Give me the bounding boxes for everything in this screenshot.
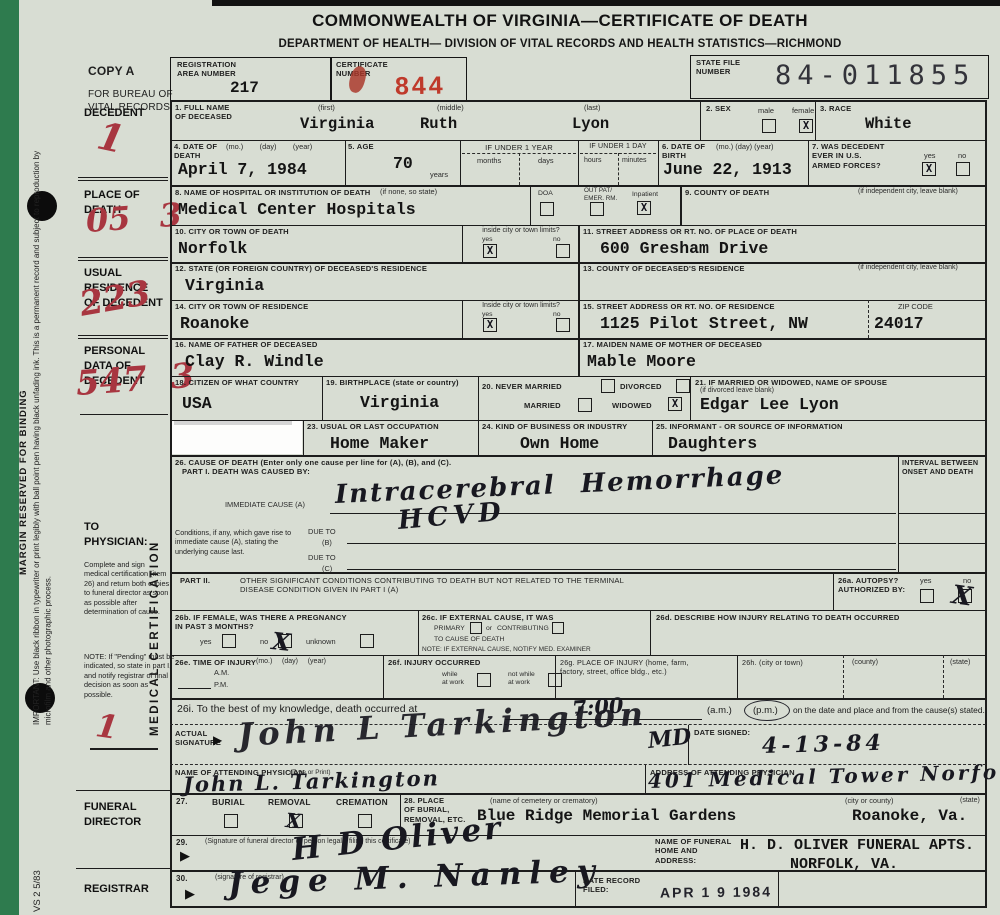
divider	[462, 225, 463, 262]
field-14-label: 14. CITY OR TOWN OF RESIDENCE	[175, 302, 308, 311]
divider	[808, 140, 809, 185]
field-4-date-of-death: April 7, 1984	[178, 162, 307, 179]
field-26e-caps: (mo.) (day) (year)	[256, 658, 326, 666]
field-26g-label: 26g. PLACE OF INJURY (home, farm, factor…	[560, 658, 689, 676]
divorced-caption: DIVORCED	[620, 382, 662, 391]
field-9-label: 9. COUNTY OF DEATH	[685, 188, 769, 197]
or-caption: or	[486, 625, 492, 633]
margin-important-text: IMPORTANT: Use black ribbon in typewrite…	[31, 140, 57, 725]
divider	[383, 655, 384, 698]
divider	[322, 376, 323, 420]
pregnancy-unknown-caption: unknown	[306, 638, 336, 647]
scan-top-edge	[212, 0, 1000, 6]
form-border	[170, 906, 986, 908]
field-19-birthplace-value: Virginia	[360, 395, 439, 412]
under-1-day-minutes: minutes	[622, 157, 647, 165]
field-17-label: 17. MAIDEN NAME OF MOTHER OF DECEASED	[583, 340, 762, 349]
divider-dashed	[843, 655, 844, 698]
arrow-icon: ▶	[213, 733, 222, 747]
rule	[170, 376, 986, 377]
copy-label: COPY A	[88, 64, 135, 79]
write-line	[347, 569, 896, 570]
doa-caption: DOA	[538, 190, 553, 198]
rule	[898, 513, 986, 514]
to-cause-caption: TO CAUSE OF DEATH	[434, 636, 504, 644]
date-signed-handwriting: 4-13-84	[762, 730, 885, 759]
pregnancy-yes-checkbox	[222, 634, 236, 648]
field-26c-label: 26c. IF EXTERNAL CAUSE, IT WAS	[422, 613, 554, 622]
divider	[690, 376, 691, 420]
burial-caption: BURIAL	[212, 797, 245, 808]
divider-dashed	[868, 300, 869, 338]
field-4-label: 4. DATE OF DEATH	[174, 142, 217, 161]
arrow-icon: ▶	[185, 886, 195, 902]
due-to-b-caption: (B)	[322, 539, 332, 548]
field-26a-label: 26a. AUTOPSY? AUTHORIZED BY:	[838, 576, 905, 595]
residence-limits-no-checkbox	[556, 318, 570, 332]
rule	[76, 790, 170, 791]
sex-female-checkbox: X	[799, 119, 813, 133]
arrow-icon: ▶	[180, 848, 190, 864]
field-6-caps: (mo.) (day) (year)	[716, 143, 774, 152]
field-13-label: 13. COUNTY OF DECEASED'S RESIDENCE	[583, 264, 745, 273]
never-married-checkbox	[601, 379, 615, 393]
field-23-occupation-value: Home Maker	[330, 436, 429, 453]
funeral-home-city-value: NORFOLK, VA.	[790, 857, 898, 872]
burial-checkbox	[224, 814, 238, 828]
armed-forces-yes-checkbox: X	[922, 162, 936, 176]
field-8-label: 8. NAME OF HOSPITAL OR INSTITUTION OF DE…	[175, 188, 371, 197]
field-1-cap-first: (first)	[318, 104, 335, 113]
part-1-label: PART I. DEATH WAS CAUSED BY:	[182, 467, 310, 476]
cemetery-caption: (name of cemetery or crematory)	[490, 797, 598, 806]
rule	[78, 335, 168, 336]
primary-caption: PRIMARY	[434, 625, 465, 633]
sidebar-physician-instructions: Complete and sign medical certification …	[84, 560, 170, 617]
field-23-label: 23. USUAL OR LAST OCCUPATION	[307, 422, 439, 431]
sidebar-pending-note: NOTE: If "Pending" must be indicated, so…	[84, 652, 176, 699]
pregnancy-no-handwritten-x: X	[270, 626, 292, 657]
married-caption: MARRIED	[524, 401, 561, 410]
field-1-label: 1. FULL NAME OF DECEASED	[175, 103, 232, 122]
divorced-checkbox	[676, 379, 690, 393]
certificate-number-value: 844	[395, 72, 446, 102]
autopsy-yes-checkbox	[920, 589, 934, 603]
removal-handwritten-x: X	[285, 808, 303, 833]
field-26b-label: 26b. IF FEMALE, WAS THERE A PREGNANCY IN…	[175, 613, 347, 632]
death-certificate-scan: MARGIN RESERVED FOR BINDING IMPORTANT: U…	[0, 0, 1000, 915]
divider	[578, 300, 580, 338]
primary-checkbox	[470, 622, 482, 634]
divider-dashed	[618, 153, 619, 185]
death-limits-yes-checkbox: X	[483, 244, 497, 258]
checkmark: X	[484, 319, 496, 331]
rule	[170, 455, 986, 457]
field-7-label: 7. WAS DECEDENT EVER IN U.S. ARMED FORCE…	[812, 142, 885, 170]
divider	[700, 100, 701, 140]
field-10-label: 10. CITY OR TOWN OF DEATH	[175, 227, 289, 236]
date-filed-stamp: APR 1 9 1984	[660, 883, 772, 900]
contributing-checkbox	[552, 622, 564, 634]
obscured-label-remnant	[174, 421, 292, 425]
field-17-mother-value: Mable Moore	[587, 354, 696, 371]
field-5-age-value: 70	[393, 156, 413, 173]
divider	[578, 140, 579, 185]
rule	[170, 185, 986, 187]
cremation-caption: CREMATION	[336, 797, 388, 808]
divider	[650, 610, 651, 655]
checkmark: X	[669, 398, 681, 410]
divider	[345, 140, 346, 185]
form-border	[985, 100, 987, 908]
pregnancy-yes-caption: yes	[200, 638, 212, 647]
part-2-text: OTHER SIGNIFICANT CONDITIONS CONTRIBUTIN…	[240, 576, 624, 595]
field-14-limits-caption: Inside city or town limits?	[466, 302, 576, 310]
form-code: VS 2 5/83	[32, 850, 45, 912]
field-29-number: 29.	[176, 838, 188, 848]
interval-label: INTERVAL BETWEEN ONSET AND DEATH	[902, 458, 978, 476]
outpatient-caption: OUT PAT/ EMER. RM.	[584, 187, 617, 202]
write-line	[178, 688, 211, 689]
field-20-label: 20. NEVER MARRIED	[482, 382, 562, 391]
divider	[418, 610, 419, 655]
zip-value: 24017	[874, 316, 924, 333]
field-4-caps: (mo.) (day) (year)	[226, 143, 312, 152]
field-30-number: 30.	[176, 874, 188, 884]
rule	[76, 868, 170, 869]
field-8-hint: (if none, so state)	[380, 188, 437, 197]
zip-label: ZIP CODE	[898, 303, 933, 312]
field-5-label: 5. AGE	[348, 142, 374, 151]
residence-limits-yes-checkbox: X	[483, 318, 497, 332]
field-7-yes-caption: yes	[924, 152, 936, 161]
conditions-note: Conditions, if any, which gave rise to i…	[175, 528, 313, 556]
field-26d-label: 26d. DESCRIBE HOW INJURY RELATING TO DEA…	[656, 613, 900, 622]
field-1-cap-middle: (middle)	[437, 104, 464, 113]
state-file-number-value: 84-011855	[775, 60, 975, 91]
field-8-hospital-value: Medical Center Hospitals	[178, 202, 416, 219]
limits-yes-caption: yes	[482, 236, 493, 244]
date-signed-label: DATE SIGNED:	[694, 728, 750, 737]
removal-caption: REMOVAL	[268, 797, 311, 808]
divider	[652, 420, 653, 455]
funeral-home-label: NAME OF FUNERAL HOME AND ADDRESS:	[655, 837, 731, 865]
pregnancy-unknown-checkbox	[360, 634, 374, 648]
am-paren-caption: (a.m.)	[707, 705, 732, 716]
part-2-number: PART II.	[180, 576, 210, 585]
divider-dashed	[519, 153, 520, 185]
registrar-signature: Jege M. Nanley	[227, 853, 603, 902]
autopsy-yes-caption: yes	[920, 577, 932, 586]
form-border	[170, 100, 172, 908]
pm-paren-caption: (p.m.)	[753, 705, 778, 716]
rule	[78, 257, 168, 258]
funeral-home-name-value: H. D. OLIVER FUNERAL APTS.	[740, 838, 974, 853]
rule	[170, 655, 986, 656]
divider	[578, 262, 580, 300]
under-1-year-label: IF UNDER 1 YEAR	[462, 143, 576, 152]
field-6-date-of-birth: June 22, 1913	[663, 162, 792, 179]
field-12-label: 12. STATE (OR FOREIGN COUNTRY) OF DECEAS…	[175, 264, 427, 273]
field-25-label: 25. INFORMANT - OR SOURCE OF INFORMATION	[656, 422, 843, 431]
field-26h-label: 26h. (city or town)	[742, 658, 803, 667]
redaction-whiteout	[172, 421, 302, 454]
county-caption: (county)	[852, 658, 878, 667]
date-record-filed-label: DATE RECORD FILED:	[583, 876, 640, 895]
checkmark: X	[484, 245, 496, 257]
field-1-first-name: Virginia	[300, 117, 374, 133]
field-14-city-value: Roanoke	[180, 316, 249, 333]
divider	[478, 420, 479, 455]
divider	[530, 185, 531, 225]
under-1-day-hours: hours	[584, 157, 602, 165]
burial-state-caption: (state)	[960, 797, 980, 805]
field-18-citizen-value: USA	[182, 396, 212, 413]
field-10-limits-caption: inside city or town limits?	[466, 227, 576, 235]
rule	[170, 610, 986, 611]
field-24-business-value: Own Home	[520, 436, 599, 453]
field-7-no-caption: no	[958, 152, 966, 161]
form-border	[170, 100, 986, 102]
rule	[898, 543, 986, 544]
field-12-state-value: Virginia	[185, 278, 264, 295]
divider	[578, 225, 580, 262]
widowed-caption: WIDOWED	[612, 401, 652, 410]
rule	[78, 338, 168, 339]
under-1-year-months: months	[477, 157, 501, 166]
divider	[462, 300, 463, 338]
rule	[80, 414, 168, 415]
field-1-last-name: Lyon	[572, 117, 609, 133]
field-15-street-value: 1125 Pilot Street, NW	[600, 316, 808, 333]
field-2-male-caption: male	[758, 107, 774, 116]
under-1-year-days: days	[538, 157, 554, 166]
checkmark: X	[800, 120, 812, 132]
sidebar-to-physician: TO PHYSICIAN:	[84, 520, 148, 550]
field-2-label: 2. SEX	[706, 104, 731, 113]
outpatient-checkbox	[590, 202, 604, 216]
divider	[815, 100, 816, 140]
limits-no-caption: no	[553, 236, 561, 244]
field-11-label: 11. STREET ADDRESS OR RT. NO. OF PLACE O…	[583, 227, 797, 236]
rule	[78, 180, 168, 181]
write-line	[347, 543, 896, 544]
pregnancy-no-caption: no	[260, 638, 268, 647]
married-checkbox	[578, 398, 592, 412]
death-limits-no-checkbox	[556, 244, 570, 258]
field-1-middle-name: Ruth	[420, 117, 457, 133]
divider	[303, 420, 304, 455]
inpatient-checkbox: X	[637, 201, 651, 215]
green-binding-strip	[0, 0, 19, 915]
divider	[645, 765, 646, 793]
divider	[578, 338, 580, 376]
checkmark: X	[923, 163, 935, 175]
rule	[170, 572, 986, 574]
autopsy-no-handwritten-x: X	[950, 580, 974, 613]
sex-male-checkbox	[762, 119, 776, 133]
field-26i-post-text: on the date and place and from the cause…	[793, 705, 985, 715]
certificate-subtitle: DEPARTMENT OF HEALTH— DIVISION OF VITAL …	[130, 38, 990, 50]
field-2-female-caption: female	[792, 107, 814, 116]
sidebar-code-place: 05 3	[85, 195, 183, 240]
am-caption: A.M.	[214, 669, 229, 678]
field-24-label: 24. KIND OF BUSINESS OR INDUSTRY	[482, 422, 627, 431]
certificate-title: COMMONWEALTH OF VIRGINIA—CERTIFICATE OF …	[130, 11, 990, 31]
divider	[478, 376, 479, 420]
rule-dashed	[580, 153, 656, 154]
rule-dashed	[462, 153, 576, 154]
cemetery-value: Blue Ridge Memorial Gardens	[477, 808, 736, 824]
registration-area-number-value: 217	[230, 80, 259, 96]
while-at-work-checkbox	[477, 673, 491, 687]
field-27-number: 27.	[176, 797, 188, 807]
divider	[833, 572, 834, 610]
divider-dashed	[943, 655, 944, 698]
field-11-street-value: 600 Gresham Drive	[600, 241, 768, 258]
field-1-cap-last: (last)	[584, 104, 600, 113]
field-3-label: 3. RACE	[820, 104, 851, 113]
divider	[680, 185, 682, 225]
rule	[78, 260, 168, 261]
city-county-caption: (city or county)	[845, 797, 893, 806]
margin-binding-text: MARGIN RESERVED FOR BINDING	[18, 155, 32, 575]
cause-a-handwriting: Intracerebral Hemorrhage	[334, 460, 785, 510]
due-to-caption: DUE TO	[308, 554, 336, 563]
field-21-spouse-value: Edgar Lee Lyon	[700, 397, 839, 414]
state-caption: (state)	[950, 658, 970, 667]
field-13-hint: (if independent city, leave blank)	[858, 264, 958, 272]
field-19-label: 19. BIRTHPLACE (state or country)	[326, 378, 459, 387]
divider	[460, 140, 461, 185]
field-3-race-value: White	[865, 117, 912, 133]
immediate-cause-caption: IMMEDIATE CAUSE (A)	[225, 501, 305, 510]
sidebar-code-physician: 1	[93, 706, 120, 747]
rule	[78, 177, 168, 178]
registration-area-number-label: REGISTRATION AREA NUMBER	[177, 60, 236, 79]
widowed-checkbox: X	[668, 397, 682, 411]
field-16-father-value: Clay R. Windle	[185, 354, 324, 371]
armed-forces-no-checkbox	[956, 162, 970, 176]
while-at-work-caption: while at work	[442, 671, 464, 687]
field-6-label: 6. DATE OF BIRTH	[662, 142, 705, 161]
not-while-at-work-caption: not while at work	[508, 671, 535, 687]
doa-checkbox	[540, 202, 554, 216]
field-15-label: 15. STREET ADDRESS OR RT. NO. OF RESIDEN…	[583, 302, 775, 311]
checkmark: X	[638, 202, 650, 214]
under-1-day-label: IF UNDER 1 DAY	[580, 143, 656, 152]
physician-signature-md: MD	[647, 724, 693, 754]
contributing-caption: CONTRIBUTING	[497, 625, 549, 633]
sidebar-registrar: REGISTRAR	[84, 882, 149, 897]
field-26e-label: 26e. TIME OF INJURY	[175, 658, 256, 667]
divider	[737, 655, 738, 698]
divider	[778, 870, 779, 908]
rule	[90, 748, 158, 750]
field-16-label: 16. NAME OF FATHER OF DECEASED	[175, 340, 318, 349]
burial-city-value: Roanoke, Va.	[852, 808, 967, 824]
external-cause-note: NOTE: IF EXTERNAL CAUSE, NOTIFY MED. EXA…	[422, 646, 591, 654]
inpatient-caption: Inpatient	[632, 191, 658, 199]
field-9-hint: (if independent city, leave blank)	[858, 188, 958, 196]
due-to-c-caption: (C)	[322, 565, 332, 574]
field-5-unit: years	[430, 171, 448, 180]
state-file-number-label: STATE FILE NUMBER	[696, 58, 740, 77]
field-18-label: 18. CITIZEN OF WHAT COUNTRY	[175, 378, 299, 387]
divider	[658, 140, 659, 185]
field-10-city-value: Norfolk	[178, 241, 247, 258]
pm-caption: P.M.	[214, 681, 228, 690]
field-26f-label: 26f. INJURY OCCURRED	[388, 658, 481, 667]
sidebar-funeral-director: FUNERAL DIRECTOR	[84, 800, 141, 830]
field-25-informant-value: Daughters	[668, 436, 757, 453]
